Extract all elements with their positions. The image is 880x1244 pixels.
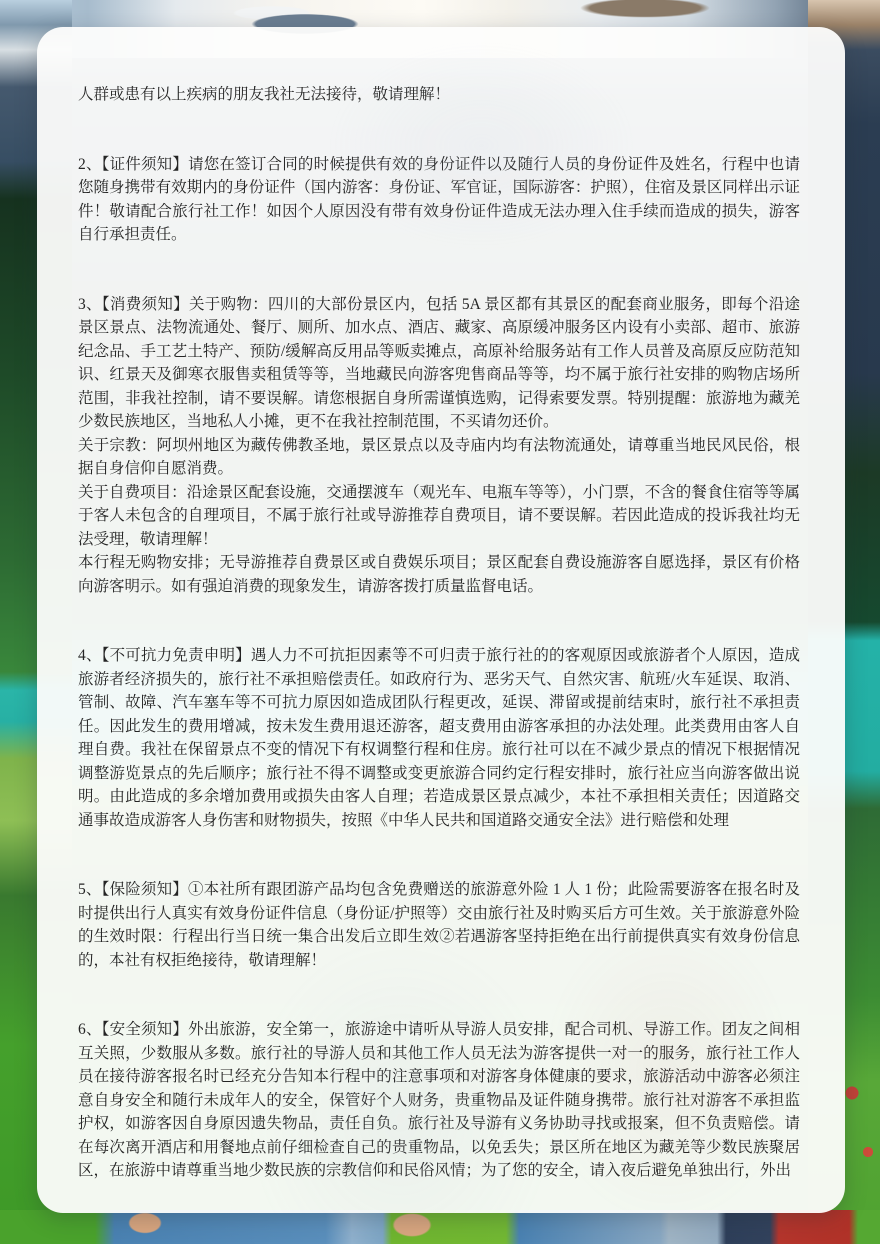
section-insurance-notice: 5、【保险须知】①本社所有跟团游产品均包含免费赠送的旅游意外险 1 人 1 份；… bbox=[78, 878, 800, 972]
notice-paragraph: 2、【证件须知】请您在签订合同的时候提供有效的身份证件以及随行人员的身份证件及姓… bbox=[78, 153, 800, 247]
notice-paragraph: 5、【保险须知】①本社所有跟团游产品均包含免费赠送的旅游意外险 1 人 1 份；… bbox=[78, 878, 800, 972]
section-intro-tail: 人群或患有以上疾病的朋友我社无法接待，敬请理解！ bbox=[78, 83, 800, 107]
section-force-majeure-disclaimer: 4、【不可抗力免责申明】遇人力不可抗拒因素等不可归责于旅行社的的客观原因或旅游者… bbox=[78, 644, 800, 832]
section-certificate-notice: 2、【证件须知】请您在签订合同的时候提供有效的身份证件以及随行人员的身份证件及姓… bbox=[78, 153, 800, 247]
notice-paragraph: 3、【消费须知】关于购物：四川的大部份景区内，包括 5A 景区都有其景区的配套商… bbox=[78, 293, 800, 434]
section-safety-notice: 6、【安全须知】外出旅游，安全第一，旅游途中请听从导游人员安排，配合司机、导游工… bbox=[78, 1018, 800, 1183]
notice-paragraph: 关于自费项目：沿途景区配套设施，交通摆渡车（观光车、电瓶车等等），小门票，不含的… bbox=[78, 481, 800, 552]
notice-card: 人群或患有以上疾病的朋友我社无法接待，敬请理解！ 2、【证件须知】请您在签订合同… bbox=[37, 27, 845, 1213]
notice-paragraph: 人群或患有以上疾病的朋友我社无法接待，敬请理解！ bbox=[78, 83, 800, 107]
notice-paragraph: 关于宗教：阿坝州地区为藏传佛教圣地，景区景点以及寺庙内均有法物流通处，请尊重当地… bbox=[78, 434, 800, 481]
section-consumption-notice: 3、【消费须知】关于购物：四川的大部份景区内，包括 5A 景区都有其景区的配套商… bbox=[78, 293, 800, 599]
notice-paragraph: 6、【安全须知】外出旅游，安全第一，旅游途中请听从导游人员安排，配合司机、导游工… bbox=[78, 1018, 800, 1183]
notice-paragraph: 4、【不可抗力免责申明】遇人力不可抗拒因素等不可归责于旅行社的的客观原因或旅游者… bbox=[78, 644, 800, 832]
notice-document: 人群或患有以上疾病的朋友我社无法接待，敬请理解！ 2、【证件须知】请您在签订合同… bbox=[37, 27, 845, 1213]
notice-paragraph: 本行程无购物安排；无导游推荐自费景区或自费娱乐项目；景区配套自费设施游客自愿选择… bbox=[78, 551, 800, 598]
bottom-tourists-strip bbox=[0, 1210, 880, 1244]
